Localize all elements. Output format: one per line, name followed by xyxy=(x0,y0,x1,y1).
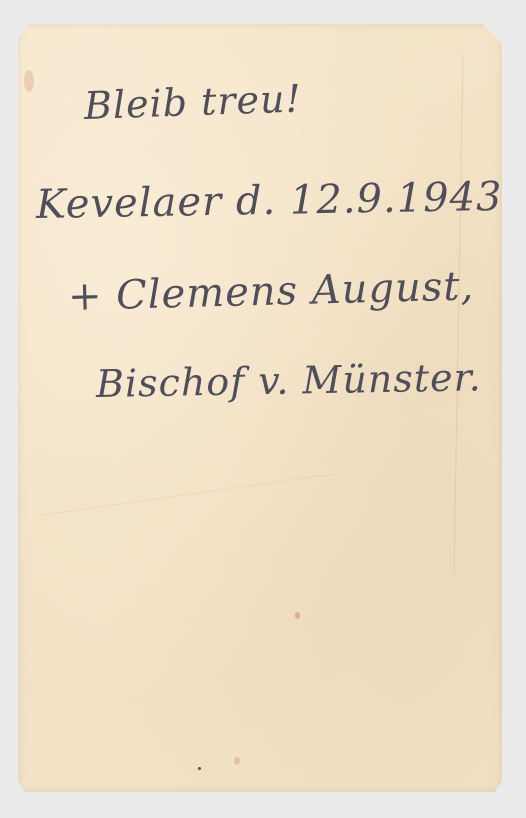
handwriting-line-title: Bischof v. Münster. xyxy=(96,355,482,406)
handwriting-line-signature: + Clemens August, xyxy=(67,263,474,320)
paper-stain xyxy=(295,612,300,619)
paper-spot xyxy=(198,767,201,770)
paper-crease xyxy=(453,54,463,574)
paper-stain xyxy=(234,757,240,765)
paper-stain xyxy=(24,70,34,92)
handwritten-card: Bleib treu! Kevelaer d. 12.9.1943 + Clem… xyxy=(18,24,502,792)
handwriting-line-motto: Bleib treu! xyxy=(83,76,302,128)
handwriting-line-place-date: Kevelaer d. 12.9.1943 xyxy=(36,174,503,228)
paper-crease xyxy=(39,473,336,516)
